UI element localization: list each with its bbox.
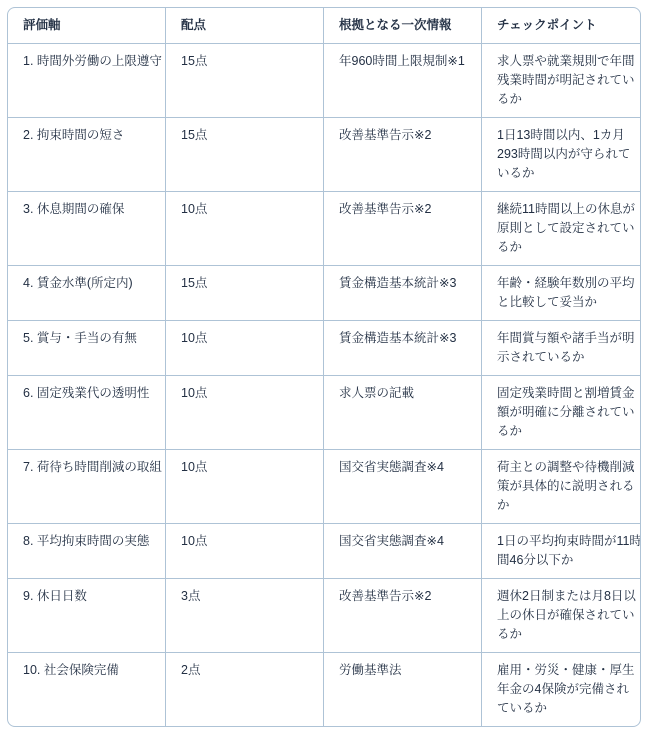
cell-evidence: 改善基準告示※2 [324, 579, 482, 653]
cell-checkpoint: 週休2日制または月8日以 上の休日が確保されてい るか [482, 579, 640, 653]
cell-points: 10点 [166, 321, 324, 376]
cell-axis: 10. 社会保険完備 [8, 653, 166, 726]
cell-points: 15点 [166, 118, 324, 192]
cell-evidence: 年960時間上限規制※1 [324, 44, 482, 118]
table-row: 6. 固定残業代の透明性10点求人票の記載固定残業時間と割増賃金 額が明確に分離… [8, 376, 640, 450]
cell-evidence: 改善基準告示※2 [324, 118, 482, 192]
cell-axis: 2. 拘束時間の短さ [8, 118, 166, 192]
cell-axis: 8. 平均拘束時間の実態 [8, 524, 166, 579]
table-row: 2. 拘束時間の短さ15点改善基準告示※21日13時間以内、1カ月 293時間以… [8, 118, 640, 192]
cell-points: 10点 [166, 450, 324, 524]
table-body: 1. 時間外労働の上限遵守15点年960時間上限規制※1求人票や就業規則で年間 … [8, 44, 640, 726]
table-row: 10. 社会保険完備2点労働基準法雇用・労災・健康・厚生 年金の4保険が完備され… [8, 653, 640, 726]
cell-checkpoint: 年間賞与額や諸手当が明 示されているか [482, 321, 640, 376]
col-header-axis: 評価軸 [8, 8, 166, 44]
cell-points: 15点 [166, 44, 324, 118]
cell-axis: 6. 固定残業代の透明性 [8, 376, 166, 450]
cell-points: 10点 [166, 376, 324, 450]
cell-points: 3点 [166, 579, 324, 653]
cell-evidence: 賃金構造基本統計※3 [324, 266, 482, 321]
table-row: 4. 賃金水準(所定内)15点賃金構造基本統計※3年齢・経験年数別の平均 と比較… [8, 266, 640, 321]
col-header-evidence: 根拠となる一次情報 [324, 8, 482, 44]
table-row: 3. 休息期間の確保10点改善基準告示※2継続11時間以上の休息が 原則として設… [8, 192, 640, 266]
page: 評価軸 配点 根拠となる一次情報 チェックポイント 1. 時間外労働の上限遵守1… [0, 0, 648, 734]
table-row: 5. 賞与・手当の有無10点賃金構造基本統計※3年間賞与額や諸手当が明 示されて… [8, 321, 640, 376]
cell-points: 2点 [166, 653, 324, 726]
table-row: 1. 時間外労働の上限遵守15点年960時間上限規制※1求人票や就業規則で年間 … [8, 44, 640, 118]
cell-checkpoint: 1日13時間以内、1カ月 293時間以内が守られて いるか [482, 118, 640, 192]
cell-points: 10点 [166, 524, 324, 579]
table-row: 7. 荷待ち時間削減の取組10点国交省実態調査※4荷主との調整や待機削減 策が具… [8, 450, 640, 524]
cell-checkpoint: 固定残業時間と割増賃金 額が明確に分離されてい るか [482, 376, 640, 450]
table-row: 9. 休日日数3点改善基準告示※2週休2日制または月8日以 上の休日が確保されて… [8, 579, 640, 653]
cell-axis: 1. 時間外労働の上限遵守 [8, 44, 166, 118]
cell-evidence: 国交省実態調査※4 [324, 524, 482, 579]
cell-checkpoint: 求人票や就業規則で年間 残業時間が明記されてい るか [482, 44, 640, 118]
cell-evidence: 労働基準法 [324, 653, 482, 726]
cell-points: 10点 [166, 192, 324, 266]
cell-evidence: 求人票の記載 [324, 376, 482, 450]
cell-axis: 7. 荷待ち時間削減の取組 [8, 450, 166, 524]
cell-checkpoint: 雇用・労災・健康・厚生 年金の4保険が完備され ているか [482, 653, 640, 726]
table-row: 8. 平均拘束時間の実態10点国交省実態調査※41日の平均拘束時間が11時 間4… [8, 524, 640, 579]
cell-evidence: 賃金構造基本統計※3 [324, 321, 482, 376]
cell-evidence: 改善基準告示※2 [324, 192, 482, 266]
cell-checkpoint: 荷主との調整や待機削減 策が具体的に説明される か [482, 450, 640, 524]
cell-points: 15点 [166, 266, 324, 321]
header-row: 評価軸 配点 根拠となる一次情報 チェックポイント [8, 8, 640, 44]
col-header-points: 配点 [166, 8, 324, 44]
cell-axis: 9. 休日日数 [8, 579, 166, 653]
cell-checkpoint: 年齢・経験年数別の平均 と比較して妥当か [482, 266, 640, 321]
cell-axis: 5. 賞与・手当の有無 [8, 321, 166, 376]
cell-axis: 4. 賃金水準(所定内) [8, 266, 166, 321]
cell-checkpoint: 1日の平均拘束時間が11時 間46分以下か [482, 524, 640, 579]
cell-checkpoint: 継続11時間以上の休息が 原則として設定されてい るか [482, 192, 640, 266]
cell-evidence: 国交省実態調査※4 [324, 450, 482, 524]
col-header-checkpoint: チェックポイント [482, 8, 640, 44]
table-header: 評価軸 配点 根拠となる一次情報 チェックポイント [8, 8, 640, 44]
cell-axis: 3. 休息期間の確保 [8, 192, 166, 266]
evaluation-criteria-table: 評価軸 配点 根拠となる一次情報 チェックポイント 1. 時間外労働の上限遵守1… [7, 7, 641, 727]
